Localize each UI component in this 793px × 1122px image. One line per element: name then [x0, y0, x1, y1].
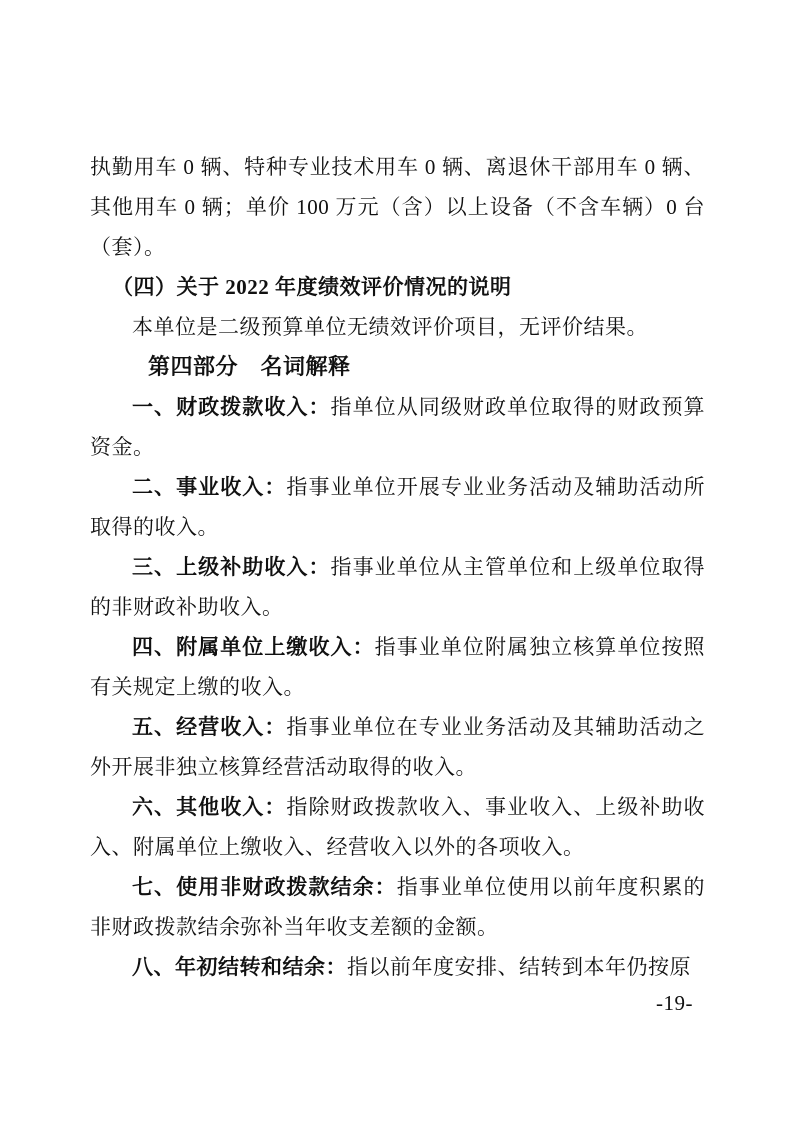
definition-paragraph-7: 七、使用非财政拨款结余：指事业单位使用以前年度积累的非财政拨款结余弥补当年收支差…	[90, 867, 705, 947]
definition-term: 五、经营收入：	[132, 715, 286, 739]
definition-term: 三、上级补助收入：	[132, 555, 331, 579]
definition-term: 七、使用非财政拨款结余：	[132, 875, 397, 899]
definition-term: 八、年初结转和结余：	[132, 955, 347, 979]
performance-evaluation-heading: （四）关于 2022 年度绩效评价情况的说明	[90, 267, 705, 307]
page-content: 执勤用车 0 辆、特种专业技术用车 0 辆、离退休干部用车 0 辆、其他用车 0…	[90, 147, 705, 987]
definition-paragraph-5: 五、经营收入：指事业单位在专业业务活动及其辅助活动之外开展非独立核算经营活动取得…	[90, 707, 705, 787]
definition-text: 指以前年度安排、结转到本年仍按原	[347, 955, 691, 979]
performance-evaluation-note: 本单位是二级预算单位无绩效评价项目，无评价结果。	[90, 307, 705, 347]
document-page: 执勤用车 0 辆、特种专业技术用车 0 辆、离退休干部用车 0 辆、其他用车 0…	[0, 0, 793, 1122]
definition-paragraph-1: 一、财政拨款收入：指单位从同级财政单位取得的财政预算资金。	[90, 387, 705, 467]
definition-term: 四、附属单位上缴收入：	[132, 635, 375, 659]
definition-term: 六、其他收入：	[132, 795, 286, 819]
definition-term: 二、事业收入：	[132, 475, 286, 499]
page-number: -19-	[656, 991, 693, 1015]
part4-heading: 第四部分 名词解释	[90, 347, 705, 387]
vehicles-equipment-paragraph: 执勤用车 0 辆、特种专业技术用车 0 辆、离退休干部用车 0 辆、其他用车 0…	[90, 147, 705, 267]
definition-paragraph-8: 八、年初结转和结余：指以前年度安排、结转到本年仍按原	[90, 947, 705, 987]
definition-paragraph-6: 六、其他收入：指除财政拨款收入、事业收入、上级补助收入、附属单位上缴收入、经营收…	[90, 787, 705, 867]
definition-paragraph-2: 二、事业收入：指事业单位开展专业业务活动及辅助活动所取得的收入。	[90, 467, 705, 547]
definition-term: 一、财政拨款收入：	[132, 395, 331, 419]
definition-paragraph-4: 四、附属单位上缴收入：指事业单位附属独立核算单位按照有关规定上缴的收入。	[90, 627, 705, 707]
definition-paragraph-3: 三、上级补助收入：指事业单位从主管单位和上级单位取得的非财政补助收入。	[90, 547, 705, 627]
